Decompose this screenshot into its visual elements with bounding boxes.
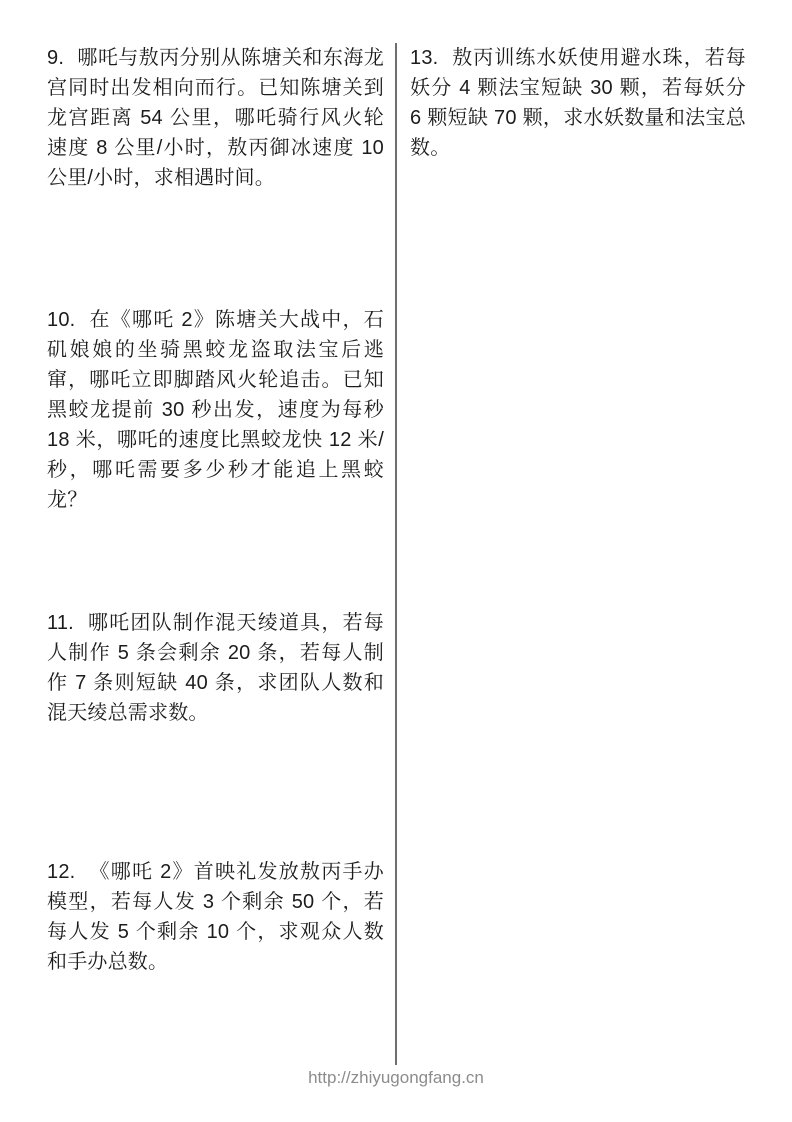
problem-12-number: 12. — [47, 861, 75, 883]
problem-12-text: 《哪吒 2》首映礼发放敖丙手办模型，若每人发 3 个剩余 50 个，若每人发 5… — [47, 861, 384, 973]
problem-11: 11.哪吒团队制作混天绫道具，若每人制作 5 条会剩余 20 条，若每人制作 7… — [47, 608, 384, 728]
footer-url: http://zhiyugongfang.cn — [0, 1066, 792, 1090]
problem-10: 10.在《哪吒 2》陈塘关大战中，石矶娘娘的坐骑黑蛟龙盗取法宝后逃窜，哪吒立即脚… — [47, 305, 384, 515]
problem-9: 9.哪吒与敖丙分别从陈塘关和东海龙宫同时出发相向而行。已知陈塘关到龙宫距离 54… — [47, 43, 384, 193]
problem-12: 12.《哪吒 2》首映礼发放敖丙手办模型，若每人发 3 个剩余 50 个，若每人… — [47, 857, 384, 977]
problem-13-text: 敖丙训练水妖使用避水珠，若每妖分 4 颗法宝短缺 30 颗，若每妖分 6 颗短缺… — [410, 47, 746, 159]
problem-13-number: 13. — [410, 47, 438, 69]
problem-13: 13.敖丙训练水妖使用避水珠，若每妖分 4 颗法宝短缺 30 颗，若每妖分 6 … — [410, 43, 746, 163]
column-divider — [395, 43, 397, 1065]
problem-9-text: 哪吒与敖丙分别从陈塘关和东海龙宫同时出发相向而行。已知陈塘关到龙宫距离 54 公… — [47, 47, 384, 189]
problem-11-number: 11. — [47, 612, 74, 634]
problem-10-number: 10. — [47, 309, 75, 331]
worksheet-page: 9.哪吒与敖丙分别从陈塘关和东海龙宫同时出发相向而行。已知陈塘关到龙宫距离 54… — [0, 0, 792, 1122]
problem-10-text: 在《哪吒 2》陈塘关大战中，石矶娘娘的坐骑黑蛟龙盗取法宝后逃窜，哪吒立即脚踏风火… — [47, 309, 384, 511]
problem-9-number: 9. — [47, 47, 64, 69]
problem-11-text: 哪吒团队制作混天绫道具，若每人制作 5 条会剩余 20 条，若每人制作 7 条则… — [47, 612, 384, 724]
